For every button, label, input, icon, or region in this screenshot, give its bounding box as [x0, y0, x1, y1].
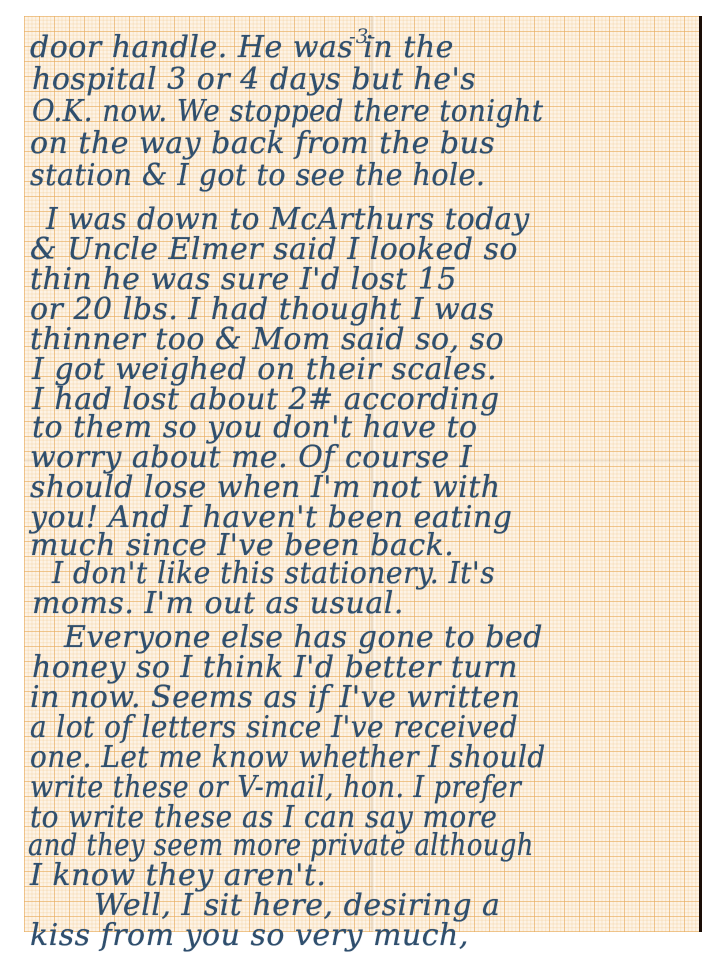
letter-page: -3- door handle. He was in the hospital … [24, 16, 702, 932]
letter-line: station & I got to see the hole. [30, 158, 485, 193]
letter-line: on the way back from the bus [30, 126, 495, 161]
letter-line: kiss from you so very much, [30, 918, 469, 953]
letter-line: hospital 3 or 4 days but he's [32, 62, 476, 97]
letter-line: door handle. He was in the [30, 30, 454, 65]
letter-line: moms. I'm out as usual. [32, 586, 404, 621]
letter-line: O.K. now. We stopped there tonight [32, 94, 543, 129]
